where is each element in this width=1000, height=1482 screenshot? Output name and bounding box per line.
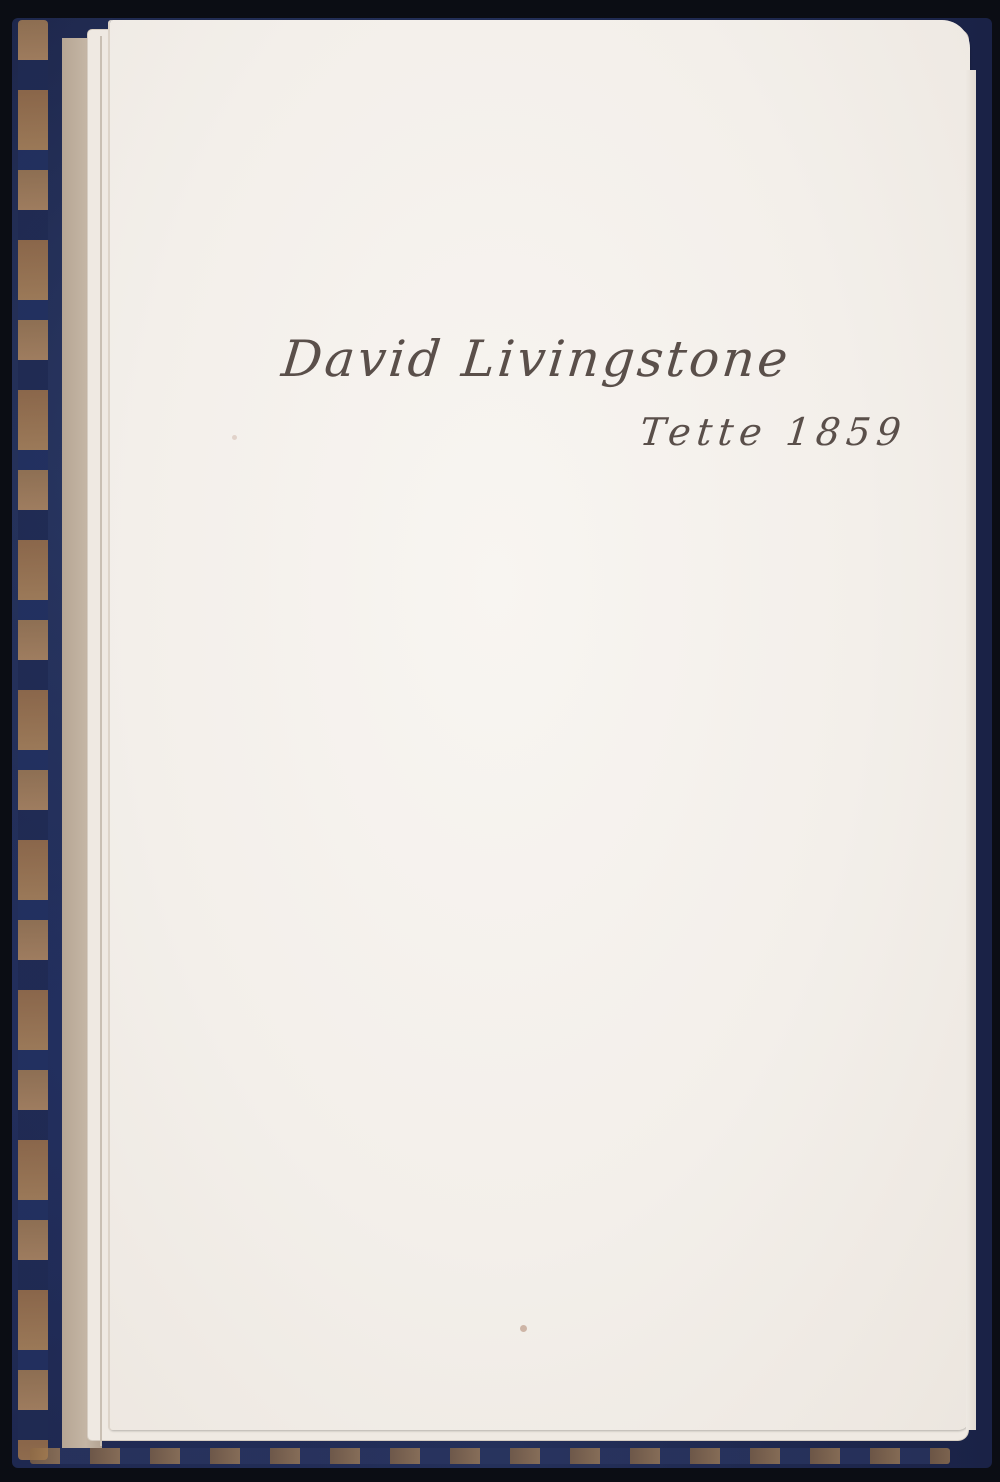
handwritten-place-date: Tette 1859 [638,410,909,454]
foxing-spot [232,435,237,440]
page-fore-edge [966,70,976,1430]
gutter-line [100,36,102,1446]
handwritten-signature: David Livingstone [279,330,793,388]
foxing-spot [520,1325,527,1332]
worn-leather-spine-edge [18,20,48,1460]
flyleaf-page [110,20,970,1430]
worn-cover-bottom-edge [30,1448,950,1464]
book-photo: David Livingstone Tette 1859 [0,0,1000,1482]
